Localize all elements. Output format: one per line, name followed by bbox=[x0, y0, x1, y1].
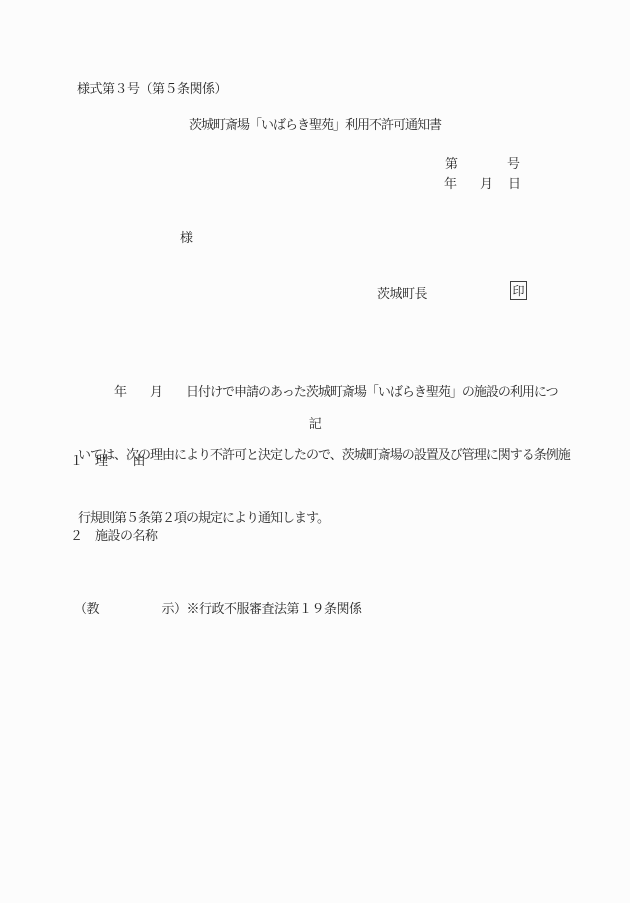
appeal-notice: （教 示）※行政不服審査法第１９条関係 bbox=[74, 601, 362, 616]
item-facility-name: ２ 施設の名称 bbox=[70, 528, 158, 543]
ki-heading: 記 bbox=[0, 416, 630, 431]
item-reason: １ 理 由 bbox=[70, 453, 145, 468]
doc-number-prefix-label: 第 bbox=[445, 156, 458, 171]
date-month-label: 月 bbox=[480, 176, 493, 191]
document-page: 様式第３号（第５条関係） 茨城町斎場「いばらき聖苑」利用不許可通知書 第 号 年… bbox=[0, 0, 630, 903]
document-title: 茨城町斎場「いばらき聖苑」利用不許可通知書 bbox=[0, 117, 630, 132]
body-line: 行規則第５条第２項の規定により通知します。 bbox=[78, 507, 578, 528]
date-day-label: 日 bbox=[508, 176, 521, 191]
recipient-honorific: 様 bbox=[180, 230, 193, 245]
form-number: 様式第３号（第５条関係） bbox=[77, 81, 227, 96]
date-year-label: 年 bbox=[444, 176, 457, 191]
body-line: いては、次の理由により不許可と決定したので、茨城町斎場の設置及び管理に関する条例… bbox=[78, 444, 578, 465]
issuer-title: 茨城町長 bbox=[377, 286, 427, 301]
body-line: 年 月 日付けで申請のあった茨城町斎場「いばらき聖苑」の施設の利用につ bbox=[78, 381, 578, 402]
seal-stamp: 印 bbox=[510, 281, 527, 300]
doc-number-suffix-label: 号 bbox=[507, 156, 520, 171]
seal-character: 印 bbox=[512, 285, 524, 297]
